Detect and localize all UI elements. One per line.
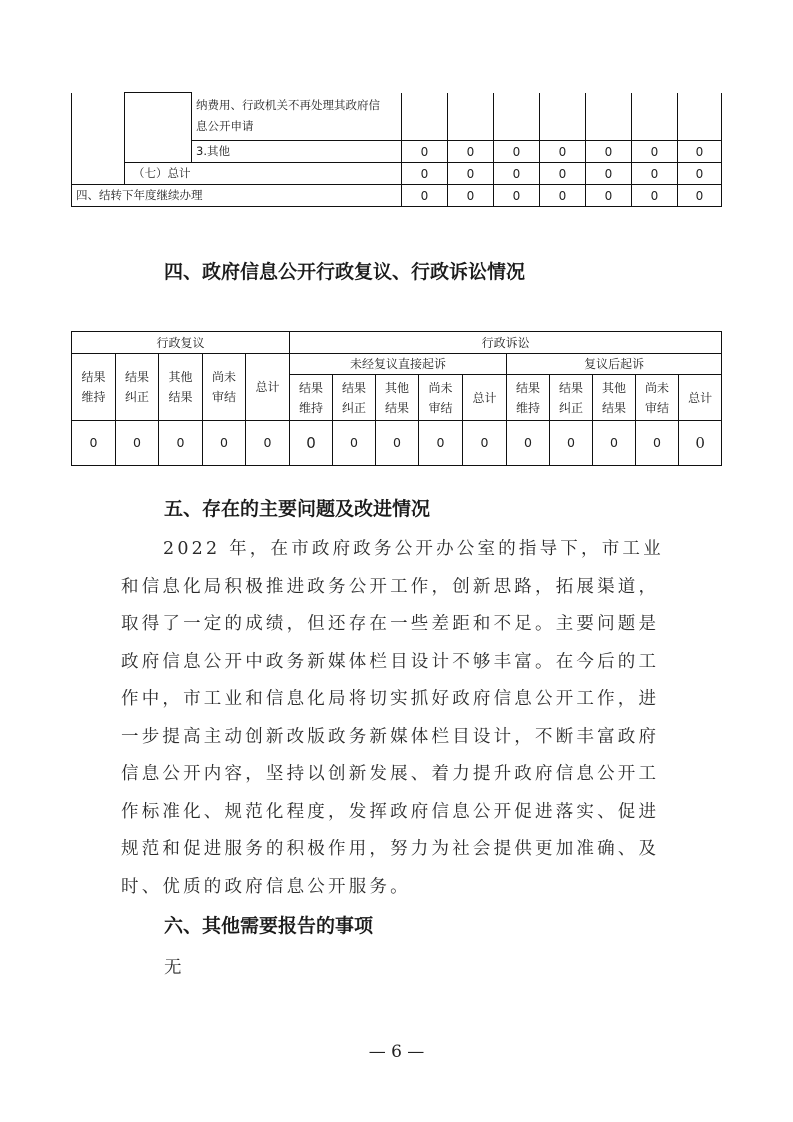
value-cell: 0 <box>376 421 419 466</box>
col-header-line: 结果 <box>159 387 202 407</box>
value-cell: 0 <box>550 421 593 466</box>
col-header-line: 结果 <box>333 378 375 398</box>
group-header-litigation: 行政诉讼 <box>290 332 722 354</box>
subgroup-header-after-review: 复议后起诉 <box>507 354 722 375</box>
value-cell: 0 <box>116 421 159 466</box>
review-litigation-table: 行政复议 行政诉讼 结果维持 结果纠正 其他结果 尚未审结 总计 未经复议直接起… <box>71 331 722 466</box>
row-label: （七）总计 <box>125 163 402 185</box>
section-heading-5: 五、存在的主要问题及改进情况 <box>164 494 430 521</box>
table-header-row: 结果维持 结果纠正 其他结果 尚未审结 总计 未经复议直接起诉 复议后起诉 <box>72 354 722 375</box>
row-label-line: 纳费用、行政机关不再处理其政府信 <box>196 95 401 116</box>
section-heading-6: 六、其他需要报告的事项 <box>164 911 373 938</box>
subgroup-header-direct: 未经复议直接起诉 <box>290 354 507 375</box>
section-6-body: 无 <box>164 950 185 988</box>
value-cell: 0 <box>593 421 636 466</box>
col-header-total: 总计 <box>246 354 290 421</box>
col-header-total: 总计 <box>679 375 722 421</box>
paragraph-line: 一步提高主动创新改版政务新媒体栏目设计，不断丰富政府 <box>121 719 664 757</box>
value-cell: 0 <box>72 421 116 466</box>
value-cell: 0 <box>448 185 494 207</box>
value-cell: 0 <box>678 141 722 163</box>
value-cell: 0 <box>632 163 678 185</box>
paragraph-line: 信息公开内容，坚持以创新发展、着力提升政府信息公开工 <box>121 756 664 794</box>
col-header-line: 维持 <box>290 398 332 418</box>
row-label-line: 息公开申请 <box>196 116 401 137</box>
col-header-line: 审结 <box>636 398 678 418</box>
col-header-line: 维持 <box>507 398 549 418</box>
value-cell: 0 <box>494 163 540 185</box>
value-cell: 0 <box>636 421 679 466</box>
col-header-line: 结果 <box>116 367 158 387</box>
table-row: 0 0 0 0 0 0 0 0 0 0 0 0 0 0 0 <box>72 421 722 466</box>
paragraph-line: 时、优质的政府信息公开服务。 <box>121 869 664 907</box>
col-header-line: 审结 <box>419 398 462 418</box>
value-cell: 0 <box>463 421 507 466</box>
col-header-line: 结果 <box>593 398 635 418</box>
value-cell: 0 <box>402 141 448 163</box>
section-5-paragraph: 2022 年，在市政府政务公开办公室的指导下，市工业 和信息化局积极推进政务公开… <box>121 531 664 906</box>
col-header: 尚未审结 <box>203 354 246 421</box>
value-cell: 0 <box>290 421 333 466</box>
value-cell <box>540 93 586 141</box>
col-header-line: 纠正 <box>116 387 158 407</box>
value-cell: 0 <box>679 421 722 466</box>
page-number: — 6 — <box>0 1042 793 1062</box>
paragraph-line: 规范和促进服务的积极作用，努力为社会提供更加准确、及 <box>121 831 664 869</box>
col-header-line: 纠正 <box>333 398 375 418</box>
value-cell: 0 <box>586 141 632 163</box>
value-cell <box>494 93 540 141</box>
value-cell <box>632 93 678 141</box>
value-cell: 0 <box>678 185 722 207</box>
paragraph-line: 和信息化局积极推进政务公开工作，创新思路，拓展渠道， <box>121 569 664 607</box>
col-header-line: 结果 <box>507 378 549 398</box>
col-header-line: 尚未 <box>203 367 245 387</box>
value-cell: 0 <box>494 141 540 163</box>
disposal-results-table-continued: 纳费用、行政机关不再处理其政府信 息公开申请 3.其他 0 0 0 0 0 0 … <box>71 92 722 207</box>
value-cell: 0 <box>448 141 494 163</box>
col-header-line: 审结 <box>203 387 245 407</box>
col-header-line: 尚未 <box>636 378 678 398</box>
value-cell: 0 <box>402 185 448 207</box>
col-header-line: 纠正 <box>550 398 592 418</box>
value-cell: 0 <box>632 141 678 163</box>
value-cell: 0 <box>448 163 494 185</box>
value-cell: 0 <box>586 163 632 185</box>
value-cell: 0 <box>678 163 722 185</box>
col-header: 结果维持 <box>507 375 550 421</box>
row-label: 四、结转下年度继续办理 <box>72 185 402 207</box>
col-header-total: 总计 <box>463 375 507 421</box>
group-header-admin-review: 行政复议 <box>72 332 290 354</box>
col-header-line: 结果 <box>290 378 332 398</box>
row-label: 3.其他 <box>192 141 402 163</box>
col-header: 结果纠正 <box>550 375 593 421</box>
value-cell: 0 <box>203 421 246 466</box>
col-header: 尚未审结 <box>636 375 679 421</box>
table-row: （七）总计 0 0 0 0 0 0 0 <box>72 163 722 185</box>
value-cell <box>586 93 632 141</box>
value-cell: 0 <box>419 421 463 466</box>
value-cell: 0 <box>402 163 448 185</box>
value-cell <box>402 93 448 141</box>
table-row: 四、结转下年度继续办理 0 0 0 0 0 0 0 <box>72 185 722 207</box>
col-header-line: 尚未 <box>419 378 462 398</box>
col-header: 结果纠正 <box>116 354 159 421</box>
paragraph-line: 取得了一定的成绩，但还存在一些差距和不足。主要问题是 <box>121 606 664 644</box>
col-header-line: 结果 <box>550 378 592 398</box>
table-header-row: 行政复议 行政诉讼 <box>72 332 722 354</box>
col-header-line: 结果 <box>72 367 115 387</box>
paragraph-line: 政府信息公开中政务新媒体栏目设计不够丰富。在今后的工 <box>121 644 664 682</box>
table-row: 纳费用、行政机关不再处理其政府信 息公开申请 <box>72 93 722 141</box>
col-header-line: 维持 <box>72 387 115 407</box>
row-label: 纳费用、行政机关不再处理其政府信 息公开申请 <box>192 93 402 141</box>
value-cell: 0 <box>494 185 540 207</box>
col-header-line: 其他 <box>376 378 418 398</box>
outer-category-cell <box>72 93 125 185</box>
value-cell: 0 <box>540 163 586 185</box>
col-header-line: 其他 <box>159 367 202 387</box>
col-header: 其他结果 <box>159 354 203 421</box>
col-header: 结果纠正 <box>333 375 376 421</box>
col-header-line: 其他 <box>593 378 635 398</box>
sub-category-cell <box>125 93 192 163</box>
value-cell: 0 <box>246 421 290 466</box>
col-header: 结果维持 <box>72 354 116 421</box>
value-cell: 0 <box>333 421 376 466</box>
col-header: 尚未审结 <box>419 375 463 421</box>
col-header-line: 结果 <box>376 398 418 418</box>
value-cell <box>678 93 722 141</box>
value-cell: 0 <box>632 185 678 207</box>
col-header: 结果维持 <box>290 375 333 421</box>
paragraph-line: 作标准化、规范化程度，发挥政府信息公开促进落实、促进 <box>121 794 664 832</box>
value-cell: 0 <box>540 185 586 207</box>
col-header: 其他结果 <box>376 375 419 421</box>
paragraph-line: 作中，市工业和信息化局将切实抓好政府信息公开工作，进 <box>121 681 664 719</box>
value-cell: 0 <box>586 185 632 207</box>
value-cell: 0 <box>159 421 203 466</box>
col-header: 其他结果 <box>593 375 636 421</box>
value-cell <box>448 93 494 141</box>
section-heading-4: 四、政府信息公开行政复议、行政诉讼情况 <box>164 257 525 284</box>
paragraph-line: 2022 年，在市政府政务公开办公室的指导下，市工业 <box>121 531 664 569</box>
value-cell: 0 <box>540 141 586 163</box>
value-cell: 0 <box>507 421 550 466</box>
